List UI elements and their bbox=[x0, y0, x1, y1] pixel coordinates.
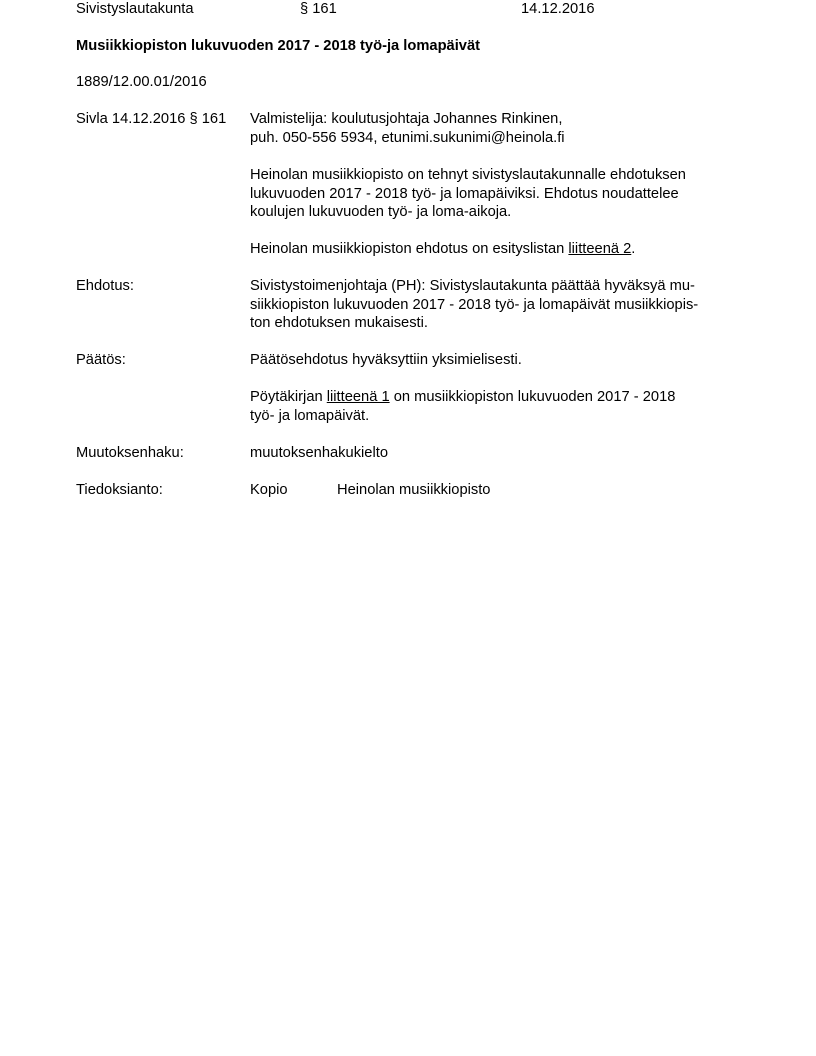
preparation-paragraph-1-line-2: lukuvuoden 2017 - 2018 työ- ja lomapäivi… bbox=[250, 185, 679, 204]
appeal-label: Muutoksenhaku: bbox=[76, 444, 184, 463]
attachment-1-link[interactable]: liitteenä 1 bbox=[327, 389, 390, 405]
proposal-label: Ehdotus: bbox=[76, 277, 134, 296]
notification-type: Kopio bbox=[250, 481, 288, 500]
document-title: Musiikkiopiston lukuvuoden 2017 - 2018 t… bbox=[76, 37, 480, 56]
preparation-paragraph-2: Heinolan musiikkiopiston ehdotus on esit… bbox=[250, 240, 635, 259]
notification-label: Tiedoksianto: bbox=[76, 481, 163, 500]
decision-label: Päätös: bbox=[76, 351, 126, 370]
preparer-line-2: puh. 050-556 5934, etunimi.sukunimi@hein… bbox=[250, 129, 565, 148]
decision-paragraph-2-prefix: Pöytäkirjan bbox=[250, 389, 327, 405]
header-date: 14.12.2016 bbox=[521, 0, 595, 19]
proposal-line-2: siikkiopiston lukuvuoden 2017 - 2018 työ… bbox=[250, 296, 698, 315]
preparation-paragraph-1-line-3: koulujen lukuvuoden työ- ja loma-aikoja. bbox=[250, 203, 511, 222]
notification-recipient: Heinolan musiikkiopisto bbox=[337, 481, 490, 500]
proposal-line-1: Sivistystoimenjohtaja (PH): Sivistyslaut… bbox=[250, 277, 695, 296]
preparation-paragraph-2-suffix: . bbox=[631, 241, 635, 257]
header-organization: Sivistyslautakunta bbox=[76, 0, 194, 19]
attachment-2-link[interactable]: liitteenä 2 bbox=[568, 241, 631, 257]
decision-line-1: Päätösehdotus hyväksyttiin yksimielisest… bbox=[250, 351, 522, 370]
preparation-label: Sivla 14.12.2016 § 161 bbox=[76, 110, 226, 129]
decision-paragraph-2-line-2: työ- ja lomapäivät. bbox=[250, 407, 369, 426]
preparation-paragraph-2-prefix: Heinolan musiikkiopiston ehdotus on esit… bbox=[250, 241, 568, 257]
appeal-value: muutoksenhakukielto bbox=[250, 444, 388, 463]
preparation-paragraph-1-line-1: Heinolan musiikkiopisto on tehnyt sivist… bbox=[250, 166, 686, 185]
header-section: § 161 bbox=[300, 0, 337, 19]
decision-paragraph-2-suffix: on musiikkiopiston lukuvuoden 2017 - 201… bbox=[390, 389, 676, 405]
document-number: 1889/12.00.01/2016 bbox=[76, 73, 207, 92]
decision-paragraph-2: Pöytäkirjan liitteenä 1 on musiikkiopist… bbox=[250, 388, 675, 407]
proposal-line-3: ton ehdotuksen mukaisesti. bbox=[250, 314, 428, 333]
preparer-line-1: Valmistelija: koulutusjohtaja Johannes R… bbox=[250, 110, 562, 129]
